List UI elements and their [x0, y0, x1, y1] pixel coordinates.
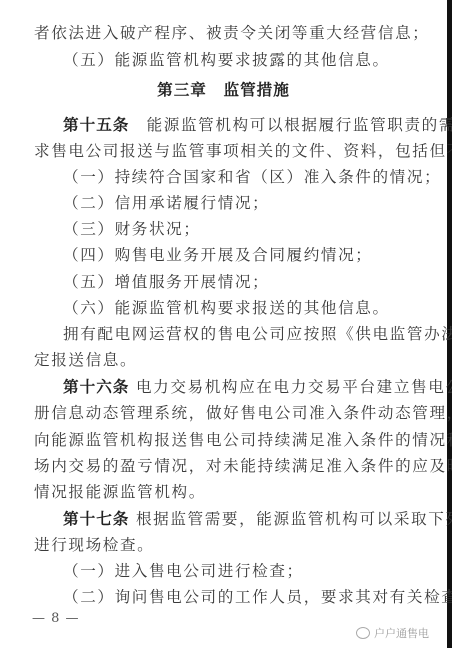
list-item: （一）持续符合国家和省（区）准入条件的情况； — [63, 167, 441, 187]
article-16-text: 电力交易机构应在电力交易平台建立售电公司注 — [136, 378, 452, 396]
text-line: 进行现场检查。 — [34, 535, 154, 555]
article-17-first-line: 第十七条 根据监管需要，能源监管机构可以采取下列措施， — [63, 509, 452, 529]
wechat-icon — [356, 627, 370, 639]
list-item: （二）询问售电公司的工作人员，要求其对有关检查事项做 — [63, 587, 452, 607]
chapter-heading: 第三章 监管措施 — [0, 80, 447, 100]
article-17-title: 第十七条 — [63, 510, 129, 528]
text-line: 情况报能源监管机构。 — [34, 482, 206, 502]
watermark: 户户通售电 — [356, 625, 429, 641]
text-line: 向能源监管机构报送售电公司持续满足准入条件的情况和开展 — [34, 430, 452, 450]
list-item: （六）能源监管机构要求报送的其他信息。 — [63, 298, 390, 318]
text-line: 拥有配电网运营权的售电公司应按照《供电监管办法》的规 — [63, 324, 452, 344]
text-line: 场内交易的盈亏情况，对未能持续满足准入条件的应及时将有关 — [34, 456, 452, 476]
list-item: （一）进入售电公司进行检查； — [63, 561, 304, 581]
page-number: — 8 — — [32, 611, 80, 626]
list-item: （四）购售电业务开展及合同履约情况； — [63, 245, 373, 265]
article-15-text: 能源监管机构可以根据履行监管职责的需要，要 — [129, 116, 452, 134]
text-line: 册信息动态管理系统，做好售电公司准入条件动态管理，每半年 — [34, 403, 452, 423]
article-16-title: 第十六条 — [63, 378, 129, 396]
text-line: 求售电公司报送与监管事项相关的文件、资料，包括但不限于： — [34, 141, 452, 161]
list-item: （二）信用承诺履行情况； — [63, 193, 269, 213]
article-15-title: 第十五条 — [63, 116, 129, 134]
list-item: （五）增值服务开展情况； — [63, 272, 269, 292]
article-16-first-line: 第十六条 电力交易机构应在电力交易平台建立售电公司注 — [63, 377, 452, 397]
article-17-text: 根据监管需要，能源监管机构可以采取下列措施， — [136, 510, 452, 528]
article-15-first-line: 第十五条 能源监管机构可以根据履行监管职责的需要，要 — [63, 115, 452, 135]
text-line: 定报送信息。 — [34, 350, 137, 370]
watermark-text: 户户通售电 — [374, 625, 429, 641]
text-line: 者依法进入破产程序、被责令关闭等重大经营信息； — [34, 23, 429, 43]
list-item: （三）财务状况； — [63, 219, 201, 239]
text-line: （五）能源监管机构要求披露的其他信息。 — [63, 50, 390, 70]
